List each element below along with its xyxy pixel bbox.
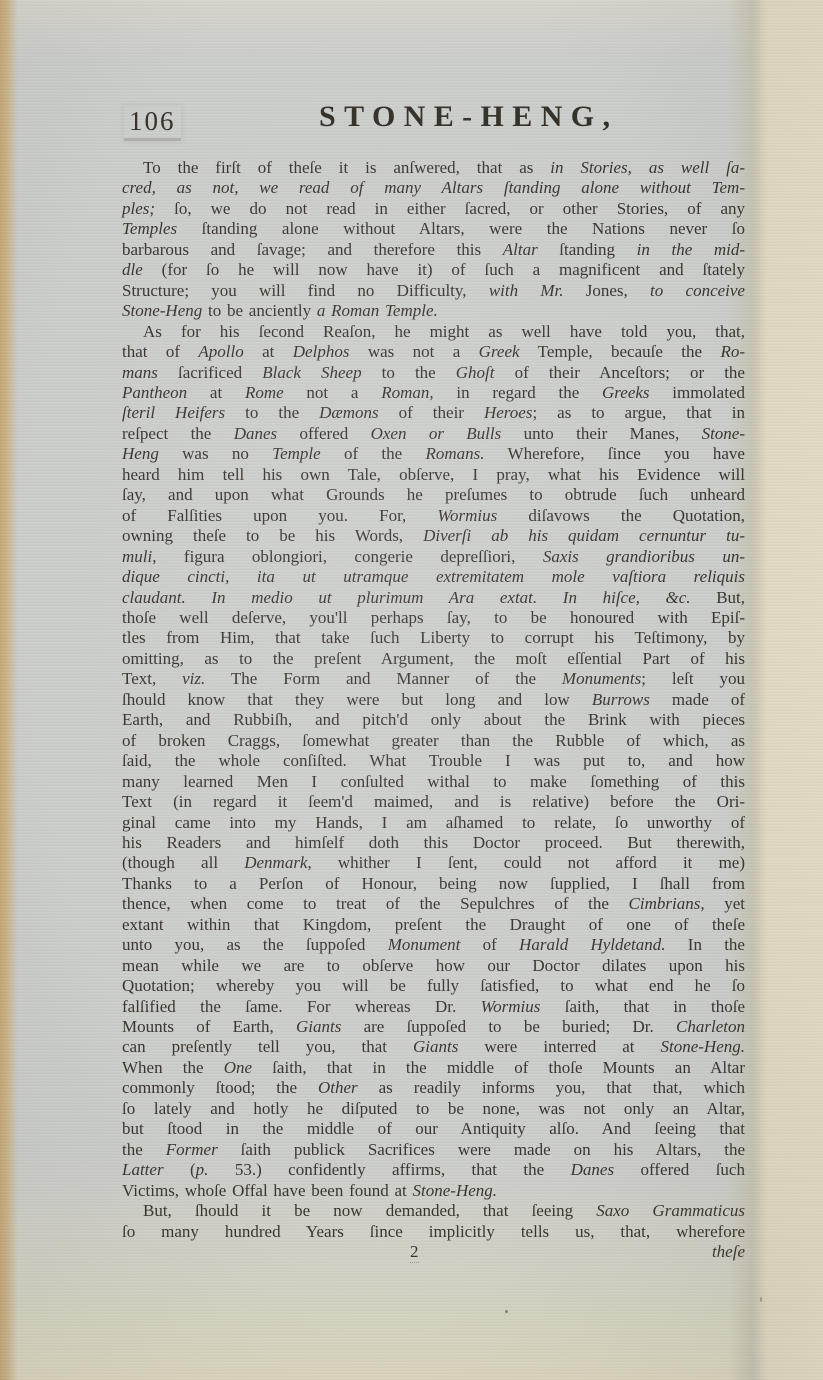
- text-line: Thanks to a Perſon of Honour, being now …: [122, 874, 745, 894]
- text-line: ſhould know that they were but long and …: [122, 690, 745, 710]
- page-header: 106 STONE-HENG,: [122, 100, 745, 158]
- text-line: muli, figura oblongiori, congerie depreſ…: [122, 547, 745, 567]
- text-line: When the One ſaith, that in the middle o…: [122, 1058, 745, 1078]
- text-line: ſo lately and hotly he diſputed to be no…: [122, 1099, 745, 1119]
- text-line: heard him tell his own Tale, obſerve, I …: [122, 465, 745, 485]
- text-line: the Former ſaith publick Sacrifices were…: [122, 1140, 745, 1160]
- text-line: dle (for ſo he will now have it) of ſuch…: [122, 260, 745, 280]
- text-line: To the firſt of theſe it is anſwered, th…: [122, 158, 745, 178]
- text-line: of Falſities upon you. For, Wormius diſa…: [122, 506, 745, 526]
- catchword: theſe: [712, 1242, 745, 1262]
- text-line: falſified the ſame. For whereas Dr. Worm…: [122, 997, 745, 1017]
- text-line: unto you, as the ſuppoſed Monument of Ha…: [122, 935, 745, 955]
- text-line: ginal came into my Hands, I am aſhamed t…: [122, 813, 745, 833]
- text-line: Pantheon at Rome not a Roman, in regard …: [122, 383, 745, 403]
- text-line: cred, as not, we read of many Altars ſta…: [122, 178, 745, 198]
- text-line: ples; ſo, we do not read in either ſacre…: [122, 199, 745, 219]
- text-line: Stone-Heng to be anciently a Roman Templ…: [122, 301, 745, 321]
- text-line: that of Apollo at Delphos was not a Gree…: [122, 342, 745, 362]
- text-line: Latter (p. 53.) confidently affirms, tha…: [122, 1160, 745, 1180]
- text-line: extant within that Kingdom, preſent the …: [122, 915, 745, 935]
- text-line: mean while we are to obſerve how our Doc…: [122, 956, 745, 976]
- text-line: Text, viz. The Form and Manner of the Mo…: [122, 669, 745, 689]
- text-line: Structure; you will find no Difficulty, …: [122, 281, 745, 301]
- text-line: But, ſhould it be now demanded, that ſee…: [122, 1201, 745, 1221]
- page-number: 106: [124, 106, 181, 141]
- text-line: tles from Him, that take ſuch Liberty to…: [122, 628, 745, 648]
- text-line: ſteril Heifers to the Dæmons of their He…: [122, 403, 745, 423]
- book-page-scan: 106 STONE-HENG, To the firſt of theſe it…: [0, 0, 823, 1380]
- text-line: can preſently tell you, that Giants were…: [122, 1037, 745, 1057]
- text-line: (though all Denmark, whither I ſent, cou…: [122, 853, 745, 873]
- text-line: of broken Craggs, ſomewhat greater than …: [122, 731, 745, 751]
- text-line: barbarous and ſavage; and therefore this…: [122, 240, 745, 260]
- text-line: but ſtood in the middle of our Antiquity…: [122, 1119, 745, 1139]
- body-text: To the firſt of theſe it is anſwered, th…: [122, 158, 745, 1242]
- signature-row: 2 theſe: [122, 1242, 745, 1263]
- signature-mark: 2: [410, 1242, 419, 1263]
- text-line: his Readers and himſelf doth this Doctor…: [122, 833, 745, 853]
- text-line: ſay, and upon what Grounds he preſumes t…: [122, 485, 745, 505]
- running-title: STONE-HENG,: [319, 100, 618, 134]
- text-line: dique cincti, ita ut utramque extremitat…: [122, 567, 745, 587]
- text-line: thence, when come to treat of the Sepulc…: [122, 894, 745, 914]
- text-line: Victims, whoſe Offal have been found at …: [122, 1181, 745, 1201]
- text-line: ſaid, the whole conſiſted. What Trouble …: [122, 751, 745, 771]
- text-line: thoſe well deſerve, you'll perhaps ſay, …: [122, 608, 745, 628]
- text-line: omitting, as to the preſent Argument, th…: [122, 649, 745, 669]
- text-line: claudant. In medio ut plurimum Ara extat…: [122, 588, 745, 608]
- ink-speck: [505, 1310, 508, 1313]
- text-line: mans ſacrificed Black Sheep to the Ghoſt…: [122, 363, 745, 383]
- text-line: Text (in regard it ſeem'd maimed, and is…: [122, 792, 745, 812]
- text-line: commonly ſtood; the Other as readily inf…: [122, 1078, 745, 1098]
- ink-speck: [760, 1297, 762, 1302]
- text-line: As for his ſecond Reaſon, he might as we…: [122, 322, 745, 342]
- text-line: Quotation; whereby you will be fully ſat…: [122, 976, 745, 996]
- text-line: Heng was no Temple of the Romans. Wheref…: [122, 444, 745, 464]
- text-line: Mounts of Earth, Giants are ſuppoſed to …: [122, 1017, 745, 1037]
- text-line: reſpect the Danes offered Oxen or Bulls …: [122, 424, 745, 444]
- text-block: 106 STONE-HENG, To the firſt of theſe it…: [122, 100, 745, 1263]
- text-line: owning theſe to be his Words, Diverſi ab…: [122, 526, 745, 546]
- text-line: Earth, and Rubbiſh, and pitch'd only abo…: [122, 710, 745, 730]
- text-line: ſo many hundred Years ſince implicitly t…: [122, 1222, 745, 1242]
- text-line: many learned Men I conſulted withal to m…: [122, 772, 745, 792]
- text-line: Temples ſtanding alone without Altars, w…: [122, 219, 745, 239]
